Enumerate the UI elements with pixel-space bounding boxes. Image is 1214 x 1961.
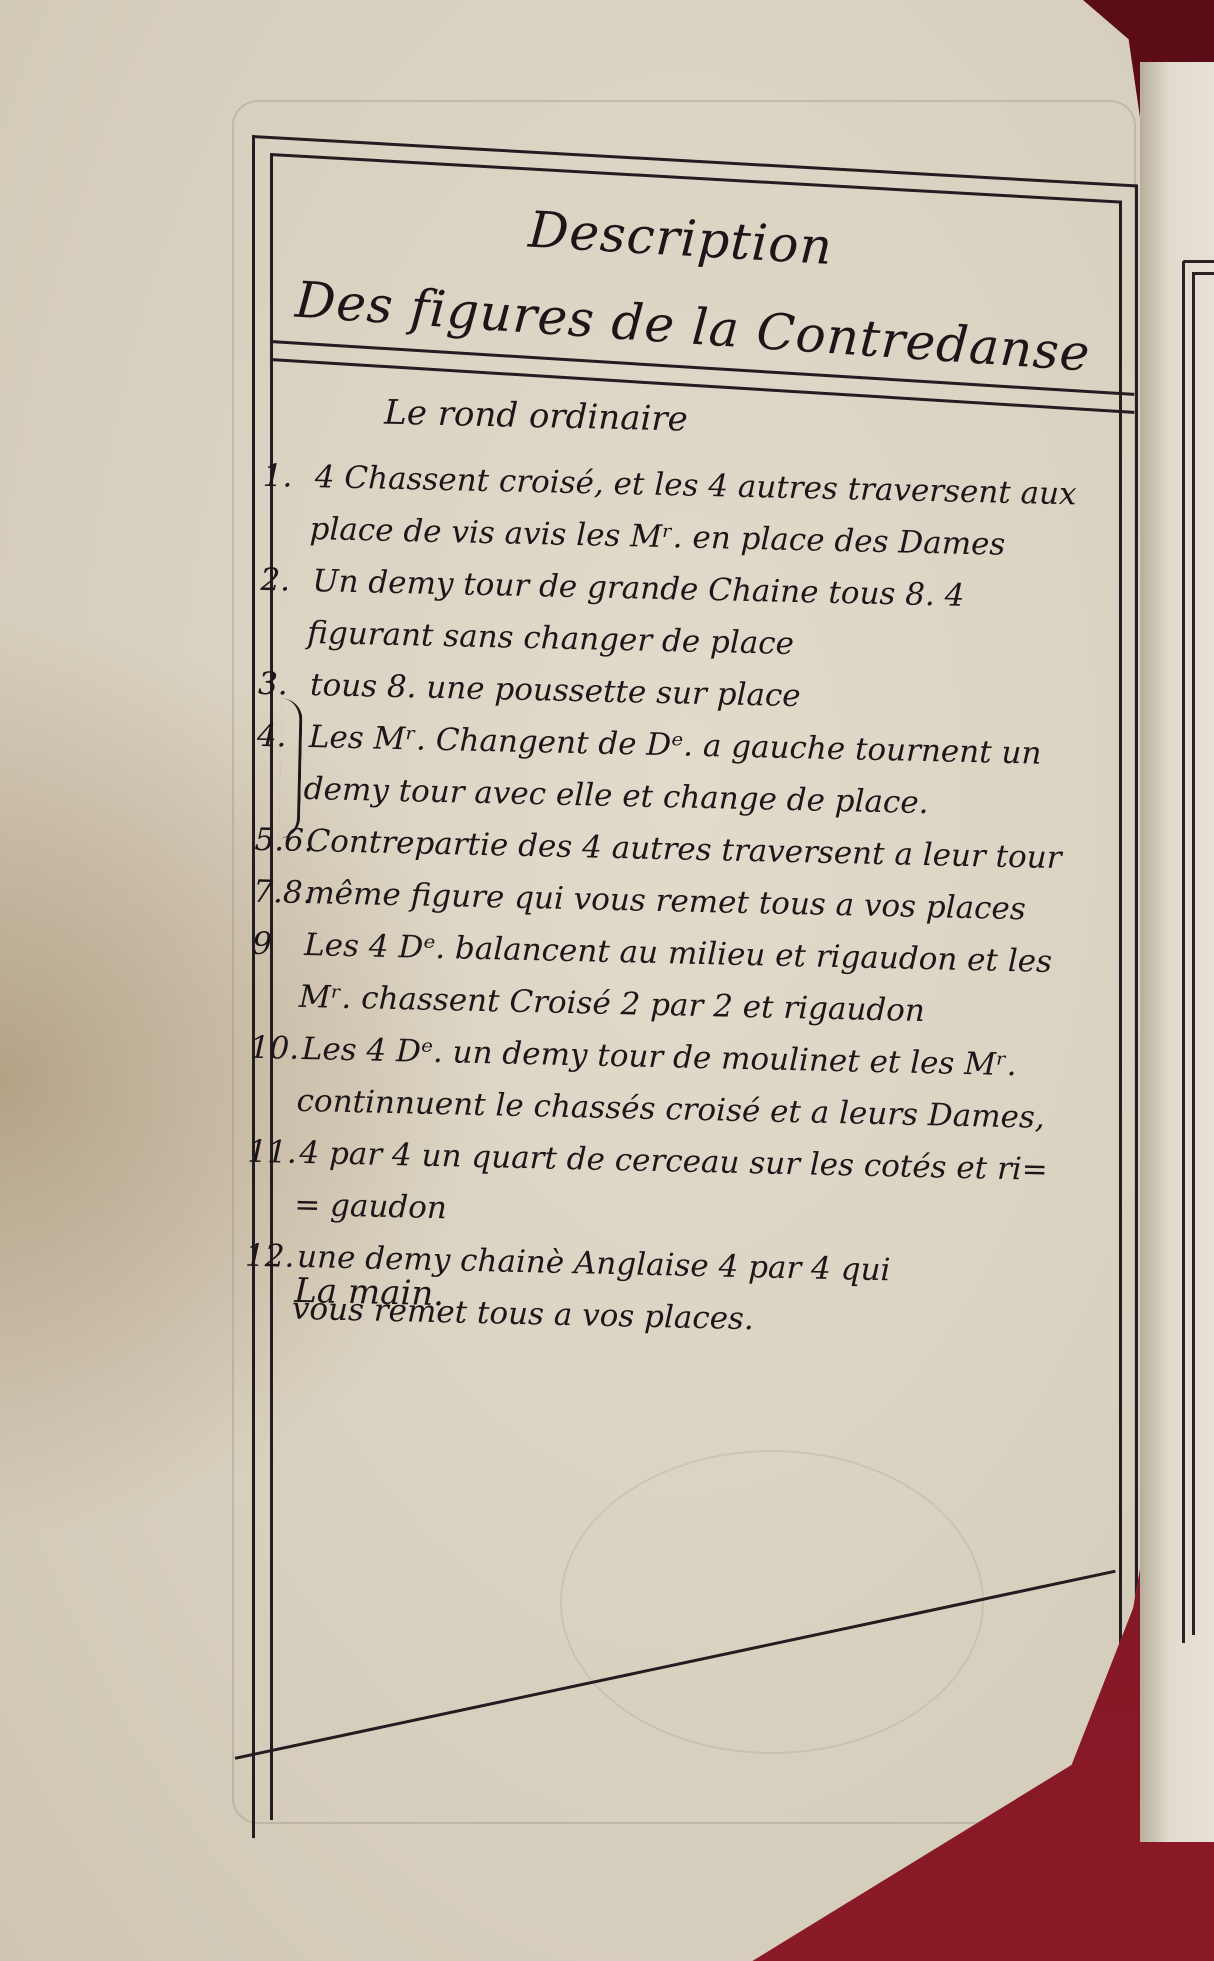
adjacent-page (1140, 62, 1214, 1842)
line-number (245, 1282, 295, 1283)
page-content: Description Des figures de la Contredans… (236, 160, 1130, 1679)
line-number: 5.6. (254, 814, 305, 867)
line-number: 3. (258, 658, 309, 711)
line-number (260, 606, 310, 607)
line-number (249, 1074, 299, 1075)
page-title-line-2: Des figures de la Contredanse (294, 271, 1093, 383)
line-number: 10. (249, 1022, 300, 1075)
line-number (262, 502, 312, 503)
line-number: 9 (252, 918, 303, 971)
closing-text: La main. (294, 1271, 445, 1314)
line-number (247, 1178, 297, 1179)
book-page: Description Des figures de la Contredans… (0, 0, 1140, 1961)
line-number (256, 762, 306, 763)
page-title-line-1: Description (527, 201, 834, 276)
line-number: 12. (245, 1230, 296, 1283)
figure-list: 1.4 Chassent croisé, et les 4 autres tra… (243, 450, 1123, 1353)
line-number: 7.8. (253, 866, 304, 919)
line-number: 4. (256, 710, 307, 763)
line-text: = gaudon (294, 1179, 448, 1234)
line-number (252, 970, 302, 971)
line-number: 11. (247, 1126, 298, 1179)
line-number: 1. (262, 450, 313, 503)
adjacent-page-frame-inner (1192, 272, 1214, 1635)
section-heading: Le rond ordinaire (384, 393, 688, 440)
line-number: 2. (260, 554, 311, 607)
